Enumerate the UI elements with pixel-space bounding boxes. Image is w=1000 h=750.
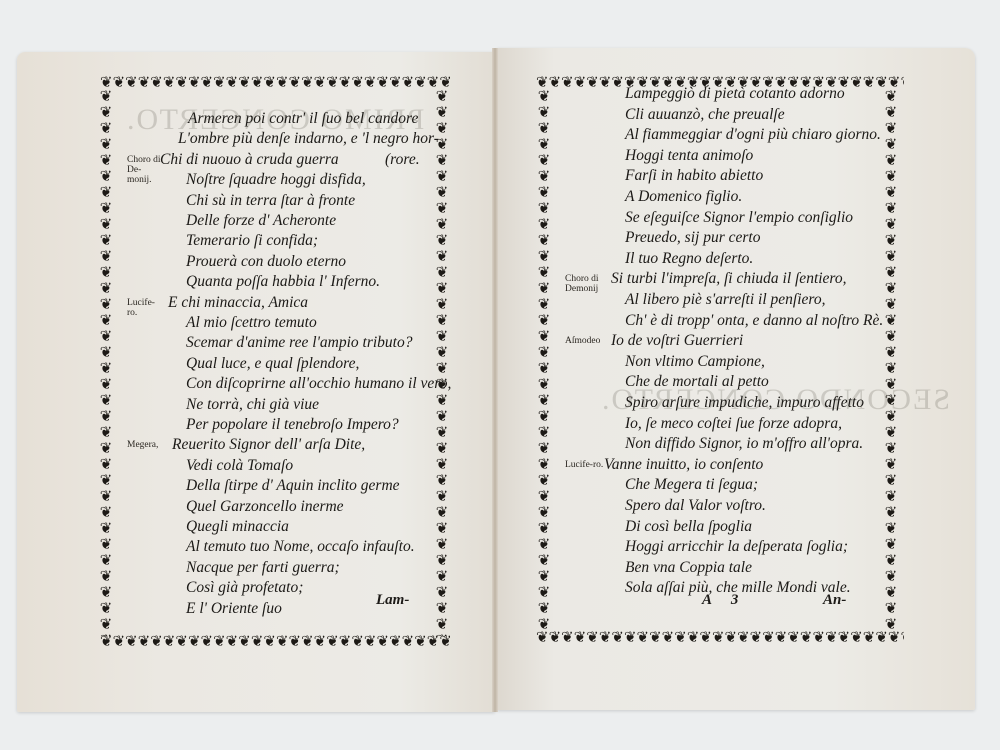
left-verse-line: Al temuto tuo Nome, occaſo infauſto.	[186, 538, 415, 556]
right-verse-line: Al libero piè s'arreſti il penſiero,	[625, 291, 826, 309]
left-ornament-border-left: ❦❦❦❦❦❦❦❦❦❦❦❦❦❦❦❦❦❦❦❦❦❦❦❦❦❦❦❦❦❦❦❦❦❦❦❦❦❦❦❦…	[97, 88, 115, 636]
left-verse-line: Quel Garzoncello inerme	[186, 498, 344, 516]
left-verse-line: Qual luce, e qual ſplendore,	[186, 355, 359, 373]
left-hanging-continuation: (rore.	[385, 151, 420, 169]
book-gutter	[492, 48, 498, 712]
right-verse-line: Al fiammeggiar d'ogni più chiaro giorno.	[625, 126, 881, 144]
right-verse-line: Io, ſe meco coſtei ſue forze adopra,	[625, 415, 842, 433]
right-ornament-border-left: ❦❦❦❦❦❦❦❦❦❦❦❦❦❦❦❦❦❦❦❦❦❦❦❦❦❦❦❦❦❦❦❦❦❦❦❦❦❦❦❦…	[535, 88, 553, 632]
right-verse-line: Farſi in habito abietto	[625, 167, 763, 185]
left-verse-line: Quegli minaccia	[186, 518, 289, 536]
left-verse-line: Della ſtirpe d' Aquin inclito germe	[186, 477, 400, 495]
right-verse-line: Hoggi arricchir la deſperata ſoglia;	[625, 538, 848, 556]
right-verse-line: Che Megera ti ſegua;	[625, 476, 758, 494]
right-verse-line: Hoggi tenta animoſo	[625, 147, 753, 165]
left-verse-line: Così già profetato;	[186, 579, 303, 597]
left-verse-line: Con diſcoprirne all'occhio humano il ver…	[186, 375, 451, 393]
left-catchword: Lam-	[376, 592, 409, 609]
left-verse-line: Scemar d'anime ree l'ampio tributo?	[186, 334, 412, 352]
left-speaker-label: Megera,	[127, 440, 161, 450]
left-verse-line: Delle forze d' Acheronte	[186, 212, 336, 230]
right-signature-mark: A 3	[702, 592, 746, 609]
right-speaker-label: Choro di Demonij	[565, 274, 613, 294]
right-verse-line: Se eſeguiſce Signor l'empio conſiglio	[625, 209, 853, 227]
right-verse-line: Spero dal Valor voſtro.	[625, 497, 766, 515]
right-verse-line: Si turbi l'impreſa, ſi chiuda il ſentier…	[611, 270, 847, 288]
right-speaker-label: Aſmodeo	[565, 336, 613, 346]
right-ornament-border-right: ❦❦❦❦❦❦❦❦❦❦❦❦❦❦❦❦❦❦❦❦❦❦❦❦❦❦❦❦❦❦❦❦❦❦❦❦❦❦❦❦…	[882, 88, 900, 632]
right-verse-line: Non diffido Signor, io m'offro all'opra.	[625, 435, 863, 453]
right-verse-line: Che de mortali al petto	[625, 373, 769, 391]
right-verse-line: Lampeggiò di pietà cotanto adorno	[625, 85, 845, 103]
right-catchword: An-	[823, 592, 846, 609]
left-verse-line: Noſtre ſquadre hoggi disfida,	[186, 171, 366, 189]
right-verse-line: Cli auuanzò, che preualſe	[625, 106, 785, 124]
left-verse-line: Temerario ſi confida;	[186, 232, 318, 250]
right-verse-line: Di così bella ſpoglia	[625, 518, 752, 536]
left-verse-line: E chi minaccia, Amica	[168, 294, 308, 312]
left-verse-line: Prouerà con duolo eterno	[186, 253, 346, 271]
left-verse-line: E l' Oriente ſuo	[186, 600, 282, 618]
left-verse-line: Vedi colà Tomaſo	[186, 457, 293, 475]
right-verse-line: Non vltimo Campione,	[625, 353, 765, 371]
right-ornament-border-bottom: ❦❦❦❦❦❦❦❦❦❦❦❦❦❦❦❦❦❦❦❦❦❦❦❦❦❦❦❦❦❦❦❦❦❦❦❦❦❦❦❦…	[536, 629, 904, 647]
right-speaker-label: Lucife-ro.	[565, 460, 613, 470]
left-ornament-border-right: ❦❦❦❦❦❦❦❦❦❦❦❦❦❦❦❦❦❦❦❦❦❦❦❦❦❦❦❦❦❦❦❦❦❦❦❦❦❦❦❦…	[433, 88, 451, 636]
left-verse-line: Ne torrà, chi già viue	[186, 396, 319, 414]
right-verse-line: A Domenico figlio.	[625, 188, 742, 206]
left-verse-line: Nacque per farti guerra;	[186, 559, 340, 577]
left-verse-line: Quanta poſſa habbia l' Inferno.	[186, 273, 380, 291]
right-verse-line: Il tuo Regno deſerto.	[625, 250, 753, 268]
left-verse-line: Chi di nuouo à cruda guerra	[160, 151, 339, 169]
right-verse-line: Io de voſtri Guerrieri	[611, 332, 743, 350]
left-verse-line: Al mio ſcettro temuto	[186, 314, 317, 332]
left-verse-line: Per popolare il tenebroſo Impero?	[186, 416, 399, 434]
right-verse-line: Ch' è di tropp' onta, e danno al noſtro …	[625, 312, 883, 330]
right-verse-line: Preuedo, sij pur certo	[625, 229, 760, 247]
left-verse-line: L'ombre più denſe indarno, e 'l negro ho…	[178, 130, 439, 148]
left-ornament-border-top: ❦❦❦❦❦❦❦❦❦❦❦❦❦❦❦❦❦❦❦❦❦❦❦❦❦❦❦❦❦❦❦❦❦❦❦❦❦❦❦❦…	[100, 74, 450, 92]
left-speaker-label: Lucife-ro.	[127, 298, 161, 318]
left-ornament-border-bottom: ❦❦❦❦❦❦❦❦❦❦❦❦❦❦❦❦❦❦❦❦❦❦❦❦❦❦❦❦❦❦❦❦❦❦❦❦❦❦❦❦…	[100, 633, 450, 651]
right-verse-line: Vanne inuitto, io conſento	[604, 456, 763, 474]
left-verse-line: Chi sù in terra ſtar à fronte	[186, 192, 355, 210]
left-verse-line: Armeren poi contr' il ſuo bel candore	[188, 110, 418, 128]
right-verse-line: Spiro arſure impudiche, impuro affetto	[625, 394, 864, 412]
right-verse-line: Ben vna Coppia tale	[625, 559, 752, 577]
left-speaker-label: Choro di De-monij.	[127, 155, 161, 185]
left-verse-line: Reuerito Signor dell' arſa Dite,	[172, 436, 365, 454]
